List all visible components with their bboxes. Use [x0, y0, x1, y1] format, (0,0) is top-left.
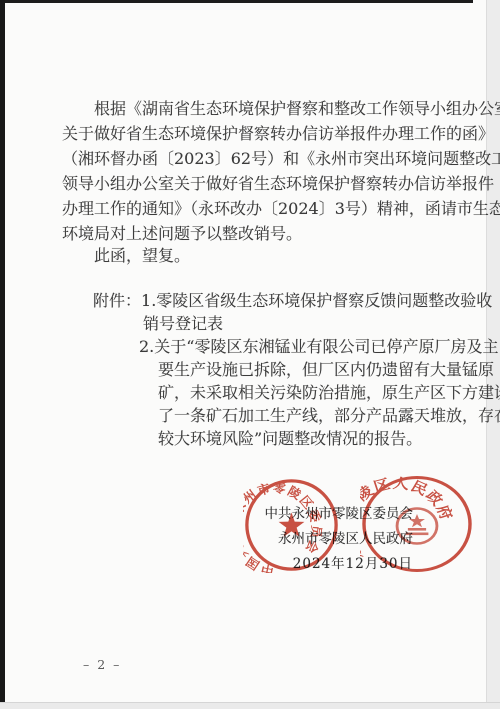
body-line: 关于做好省生态环境保护督察转办信访举报件办理工作的函》	[62, 121, 486, 146]
attachment-list: 附件：1.零陵区省级生态环境保护督察反馈问题整改验收 销号登记表 2.关于“零陵…	[62, 289, 486, 450]
attachment-item-2-cont: 较大环境风险”问题整改情况的报告。	[62, 427, 486, 450]
body-line: 领导小组办公室关于做好省生态环境保护督察转办信访举报件	[62, 171, 486, 196]
national-emblem-icon	[397, 509, 437, 544]
attachment-item-1-text: 1.零陵区省级生态环境保护督察反馈问题整改验收	[141, 291, 492, 310]
attachment-item-2: 2.关于“零陵区东湘锰业有限公司已停产原厂房及主	[62, 335, 486, 358]
attachment-item-2-cont: 了一条矿石加工生产线，部分产品露天堆放，存在	[62, 404, 486, 427]
body-line: 办理工作的通知》（永环改办〔2024〕3号）精神，函请市生态	[62, 196, 486, 221]
attachment-item-2-cont: 要生产设施已拆除，但厂区内仍遗留有大量锰原	[62, 358, 486, 381]
scanned-letter-page: 根据《湖南省生态环境保护督察和整改工作领导小组办公室 关于做好省生态环境保护督察…	[0, 0, 500, 709]
seal-ring-text: 中国共产党永州市零陵区委员会	[243, 480, 324, 573]
attachment-label: 附件：	[93, 291, 141, 310]
scan-edge-top	[0, 0, 473, 3]
party-committee-seal: 中国共产党永州市零陵区委员会	[243, 477, 340, 577]
body-paragraph-2: 此函，望复。	[94, 243, 190, 268]
attachment-item-1: 附件：1.零陵区省级生态环境保护督察反馈问题整改验收	[62, 289, 486, 312]
government-seal: 永州市零陵区人民政府	[360, 474, 474, 578]
body-line: 根据《湖南省生态环境保护督察和整改工作领导小组办公室	[62, 96, 486, 121]
scan-edge-left	[0, 0, 5, 704]
body-paragraph-1: 根据《湖南省生态环境保护督察和整改工作领导小组办公室 关于做好省生态环境保护督察…	[62, 96, 486, 246]
page-number: – 2 –	[83, 657, 121, 672]
attachment-item-1-cont: 销号登记表	[62, 312, 486, 335]
scan-edge-bottom	[0, 702, 500, 709]
body-line: （湘环督办函〔2023〕62号）和《永州市突出环境问题整改工作	[62, 146, 486, 171]
attachment-item-2-cont: 矿，未采取相关污染防治措施，原生产区下方建设	[62, 381, 486, 404]
star-icon	[279, 513, 305, 537]
svg-text:中国共产党永州市零陵区委员会: 中国共产党永州市零陵区委员会	[243, 480, 324, 573]
